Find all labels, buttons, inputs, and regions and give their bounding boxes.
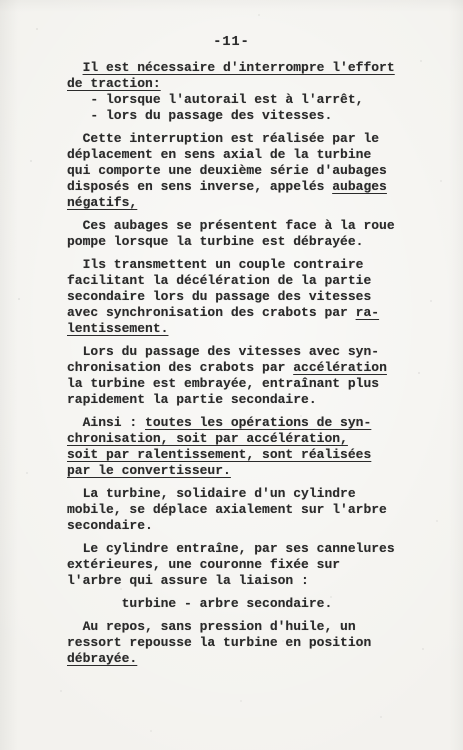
underlined-text: Il est nécessaire d'interrompre l'effort	[83, 60, 395, 75]
underlined-text: chronisation, soit par accélération,	[67, 431, 348, 446]
underlined-text: aubages	[332, 179, 387, 194]
text-line: négatifs,	[67, 195, 395, 211]
text-line: Le cylindre entraîne, par ses cannelures	[67, 541, 395, 557]
text-run: turbine - arbre secondaire.	[67, 596, 332, 611]
text-line: la turbine est embrayée, entraînant plus	[67, 376, 395, 392]
text-run: Cette interruption est réalisée par le	[67, 131, 379, 146]
text-run: - lorsque l'autorail est à l'arrêt,	[67, 92, 363, 107]
text-line: l'arbre qui assure la liaison :	[67, 573, 395, 589]
para-ainsi-summary: Ainsi : toutes les opérations de syn-chr…	[67, 415, 395, 479]
text-line: Il est nécessaire d'interrompre l'effort	[67, 60, 395, 76]
text-line: Ils transmettent un couple contraire	[67, 257, 395, 273]
underlined-text: lentissement.	[67, 321, 168, 336]
text-line: - lors du passage des vitesses.	[67, 108, 395, 124]
text-run: la turbine est embrayée, entraînant plus	[67, 376, 379, 391]
text-line: turbine - arbre secondaire.	[67, 596, 395, 612]
text-run: Ces aubages se présentent face à la roue	[67, 218, 395, 233]
document-page: -11- Il est nécessaire d'interrompre l'e…	[0, 0, 463, 750]
text-run: rapidement la partie secondaire.	[67, 392, 317, 407]
text-run: La turbine, solidaire d'un cylindre	[67, 486, 356, 501]
text-line: Au repos, sans pression d'huile, un	[67, 619, 395, 635]
text-line: débrayée.	[67, 651, 395, 667]
text-line: de traction:	[67, 76, 395, 92]
text-line: pompe lorsque la turbine est débrayée.	[67, 234, 395, 250]
text-line: soit par ralentissement, sont réalisées	[67, 447, 395, 463]
underlined-text: par le convertisseur.	[67, 463, 231, 478]
para-necessity: Il est nécessaire d'interrompre l'effort…	[67, 60, 395, 92]
text-line: Ainsi : toutes les opérations de syn-	[67, 415, 395, 431]
underlined-text: toutes les opérations de syn-	[145, 415, 371, 430]
text-run: facilitant la décélération de la partie	[67, 273, 371, 288]
text-line: ressort repousse la turbine en position	[67, 635, 395, 651]
text-line: facilitant la décélération de la partie	[67, 273, 395, 289]
text-line: lentissement.	[67, 321, 395, 337]
underlined-text: soit par ralentissement, sont réalisées	[67, 447, 371, 462]
text-run: Le cylindre entraîne, par ses cannelures	[67, 541, 395, 556]
text-line: par le convertisseur.	[67, 463, 395, 479]
text-run: Ils transmettent un couple contraire	[67, 257, 363, 272]
underlined-text: de traction:	[67, 76, 161, 91]
text-run: disposés en sens inverse, appelés	[67, 179, 332, 194]
para-aubages-face: Ces aubages se présentent face à la roue…	[67, 218, 395, 250]
underlined-text: débrayée.	[67, 651, 137, 666]
text-line: mobile, se déplace axialement sur l'arbr…	[67, 502, 395, 518]
text-line: qui comporte une deuxième série d'aubage…	[67, 163, 395, 179]
text-line: chronisation des crabots par accélératio…	[67, 360, 395, 376]
text-run: secondaire.	[67, 518, 153, 533]
text-line: Cette interruption est réalisée par le	[67, 131, 395, 147]
page-number: -11-	[0, 35, 463, 50]
text-run: secondaire lors du passage des vitesses	[67, 289, 371, 304]
para-interruption: Cette interruption est réalisée par ledé…	[67, 131, 395, 211]
text-line: secondaire.	[67, 518, 395, 534]
text-run: mobile, se déplace axialement sur l'arbr…	[67, 502, 387, 517]
text-line: - lorsque l'autorail est à l'arrêt,	[67, 92, 395, 108]
text-run: pompe lorsque la turbine est débrayée.	[67, 234, 363, 249]
text-run: Ainsi :	[67, 415, 145, 430]
text-line: extérieures, une couronne fixée sur	[67, 557, 395, 573]
text-run: Lors du passage des vitesses avec syn-	[67, 344, 379, 359]
text-run: l'arbre qui assure la liaison :	[67, 573, 309, 588]
text-line: secondaire lors du passage des vitesses	[67, 289, 395, 305]
text-run: chronisation des crabots par	[67, 360, 293, 375]
text-line: déplacement en sens axial de la turbine	[67, 147, 395, 163]
text-line: rapidement la partie secondaire.	[67, 392, 395, 408]
para-couple-contraire: Ils transmettent un couple contrairefaci…	[67, 257, 395, 337]
text-line: avec synchronisation des crabots par ra-	[67, 305, 395, 321]
para-au-repos: Au repos, sans pression d'huile, unresso…	[67, 619, 395, 667]
text-run: avec synchronisation des crabots par	[67, 305, 356, 320]
underlined-text: négatifs,	[67, 195, 137, 210]
para-turbine-cylindre: La turbine, solidaire d'un cylindremobil…	[67, 486, 395, 534]
para-conditions-list: - lorsque l'autorail est à l'arrêt, - lo…	[67, 92, 395, 124]
text-line: La turbine, solidaire d'un cylindre	[67, 486, 395, 502]
text-line: chronisation, soit par accélération,	[67, 431, 395, 447]
text-run: déplacement en sens axial de la turbine	[67, 147, 371, 162]
text-line: Ces aubages se présentent face à la roue	[67, 218, 395, 234]
text-run: qui comporte une deuxième série d'aubage…	[67, 163, 387, 178]
text-run: - lors du passage des vitesses.	[67, 108, 332, 123]
text-run: extérieures, une couronne fixée sur	[67, 557, 340, 572]
underlined-text: accélération	[293, 360, 387, 375]
page-body: Il est nécessaire d'interrompre l'effort…	[67, 60, 395, 667]
text-run: Au repos, sans pression d'huile, un	[67, 619, 356, 634]
para-cylindre-couronne: Le cylindre entraîne, par ses cannelures…	[67, 541, 395, 589]
para-acceleration: Lors du passage des vitesses avec syn-ch…	[67, 344, 395, 408]
para-liaison: turbine - arbre secondaire.	[67, 596, 395, 612]
text-run	[67, 60, 83, 75]
underlined-text: ra-	[356, 305, 379, 320]
text-line: Lors du passage des vitesses avec syn-	[67, 344, 395, 360]
text-run: ressort repousse la turbine en position	[67, 635, 371, 650]
text-line: disposés en sens inverse, appelés aubage…	[67, 179, 395, 195]
